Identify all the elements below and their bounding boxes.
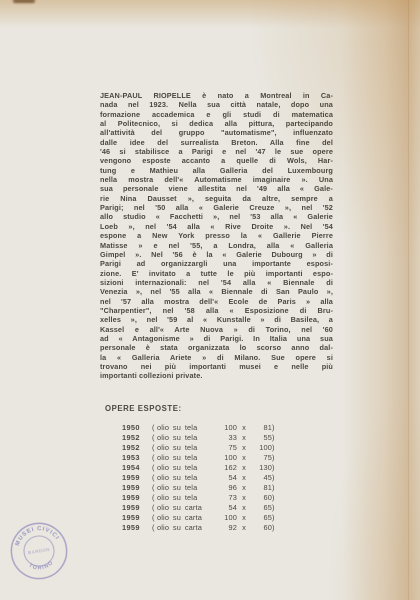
biography-line: dalle idee del surrealista Breton. Alla … [100, 138, 333, 147]
biography-line: Gimpel ». Nel '56 è la « Galerie Dubourg… [100, 250, 333, 259]
work-medium: olio su tela [157, 433, 213, 443]
work-width: 33 [213, 433, 237, 443]
work-width: 96 [213, 483, 237, 493]
biography-line: Matisse » e nel '55, a Londra, alla « Ga… [100, 241, 333, 250]
work-row: 1950 ( olio su tela 100 x 81 ) [100, 423, 333, 433]
work-dimension-separator: x [237, 473, 251, 483]
work-row: 1954 ( olio su tela 162 x 130 ) [100, 463, 333, 473]
biography-line: all'attività del gruppo "automatisme", i… [100, 128, 333, 137]
work-dimension-separator: x [237, 503, 251, 513]
work-row: 1959 ( olio su carta 100 x 65 ) [100, 513, 333, 523]
work-medium: olio su carta [157, 513, 213, 523]
biography-line: JEAN-PAUL RIOPELLE è nato a Montreal in … [100, 91, 333, 100]
stamp-top-text: MUSEI CIVICI [13, 523, 61, 548]
biography-line: ad « Antagonisme » di Parigi. In Italia … [100, 334, 333, 343]
work-width: 100 [213, 453, 237, 463]
work-height: 75 [251, 453, 272, 463]
biography-line: formazione accademica e gli studi di mat… [100, 110, 333, 119]
work-dimension-separator: x [237, 493, 251, 503]
work-width: 100 [213, 513, 237, 523]
work-width: 54 [213, 473, 237, 483]
work-close-paren: ) [272, 513, 275, 523]
work-width: 75 [213, 443, 237, 453]
work-height: 100 [251, 443, 272, 453]
work-medium: olio su tela [157, 463, 213, 473]
text-column: JEAN-PAUL RIOPELLE è nato a Montreal in … [100, 91, 333, 533]
work-medium: olio su tela [157, 443, 213, 453]
work-medium: olio su tela [157, 423, 213, 433]
binding-mark [13, 0, 35, 3]
work-dimension-separator: x [237, 423, 251, 433]
biography-line: '46 si stabilisce a Parigi e nel '47 le … [100, 147, 333, 156]
work-year: 1959 [122, 513, 152, 523]
biography-line: nella mostra dell'« Automatisme imaginai… [100, 175, 333, 184]
biography-line: la « Galleria Ariete » di Milano. Sue op… [100, 353, 333, 362]
work-height: 65 [251, 503, 272, 513]
work-year: 1959 [122, 483, 152, 493]
work-medium: olio su tela [157, 493, 213, 503]
stamp-middle-text: BARDON [28, 547, 51, 555]
work-close-paren: ) [272, 453, 275, 463]
work-height: 81 [251, 483, 272, 493]
work-close-paren: ) [272, 433, 275, 443]
page-shading-bottom-right [330, 400, 420, 600]
stamp-bottom-text: TORINO [27, 559, 56, 574]
work-close-paren: ) [272, 503, 275, 513]
work-dimension-separator: x [237, 483, 251, 493]
works-list: 1950 ( olio su tela 100 x 81 ) 1952 ( ol… [100, 423, 333, 534]
work-height: 55 [251, 433, 272, 443]
biography-line: personale è stata organizzata lo scorso … [100, 343, 333, 352]
work-dimension-separator: x [237, 463, 251, 473]
work-row: 1959 ( olio su tela 73 x 60 ) [100, 493, 333, 503]
svg-text:MUSEI CIVICI: MUSEI CIVICI [13, 523, 61, 548]
work-row: 1952 ( olio su tela 75 x 100 ) [100, 443, 333, 453]
scanned-catalog-page: JEAN-PAUL RIOPELLE è nato a Montreal in … [0, 0, 420, 600]
work-close-paren: ) [272, 493, 275, 503]
work-row: 1959 ( olio su tela 54 x 45 ) [100, 473, 333, 483]
work-dimension-separator: x [237, 513, 251, 523]
biography-line: zione. E' invitato a tutte le più import… [100, 269, 333, 278]
work-height: 60 [251, 523, 272, 533]
work-close-paren: ) [272, 463, 275, 473]
work-dimension-separator: x [237, 443, 251, 453]
biography-line: tung e Mathieu alla Galleria del Luxembo… [100, 166, 333, 175]
biography-line: xelles », nel '59 al « Kunstalle » di Ba… [100, 315, 333, 324]
biography-line: espone a New York presso la « Gallerie P… [100, 231, 333, 240]
work-dimension-separator: x [237, 433, 251, 443]
work-year: 1959 [122, 503, 152, 513]
work-row: 1959 ( olio su carta 92 x 60 ) [100, 523, 333, 533]
work-year: 1952 [122, 433, 152, 443]
biography-line: Parigi; nel '50 alla « Galerie Creuze »,… [100, 203, 333, 212]
work-year: 1954 [122, 463, 152, 473]
work-row: 1953 ( olio su tela 100 x 75 ) [100, 453, 333, 463]
work-width: 73 [213, 493, 237, 503]
work-close-paren: ) [272, 443, 275, 453]
work-medium: olio su tela [157, 483, 213, 493]
work-width: 54 [213, 503, 237, 513]
biography-paragraph: JEAN-PAUL RIOPELLE è nato a Montreal in … [100, 91, 333, 381]
work-height: 81 [251, 423, 272, 433]
work-height: 65 [251, 513, 272, 523]
biography-line: Kassel e all'« Arte Nuova » di Torino, n… [100, 325, 333, 334]
work-close-paren: ) [272, 523, 275, 533]
work-medium: olio su tela [157, 473, 213, 483]
work-close-paren: ) [272, 483, 275, 493]
svg-text:TORINO: TORINO [27, 559, 56, 574]
work-medium: olio su carta [157, 503, 213, 513]
work-medium: olio su tela [157, 453, 213, 463]
work-row: 1952 ( olio su tela 33 x 55 ) [100, 433, 333, 443]
work-row: 1959 ( olio su carta 54 x 65 ) [100, 503, 333, 513]
page-shading-right [342, 0, 420, 600]
page-edge-line [408, 0, 409, 600]
work-height: 130 [251, 463, 272, 473]
biography-line: "Charpentier", nel '58 alla « Esposizion… [100, 306, 333, 315]
work-width: 100 [213, 423, 237, 433]
biography-line: sua personale viene allestita nel '49 al… [100, 184, 333, 193]
biography-line: importanti collezioni private. [100, 371, 333, 380]
work-height: 45 [251, 473, 272, 483]
work-year: 1959 [122, 493, 152, 503]
work-year: 1950 [122, 423, 152, 433]
work-height: 60 [251, 493, 272, 503]
biography-line: al Politecnico, si dedica alla pittura, … [100, 119, 333, 128]
work-dimension-separator: x [237, 453, 251, 463]
stamp-outer-circle [7, 519, 70, 582]
stamp-inner-circle [22, 534, 56, 568]
work-year: 1959 [122, 473, 152, 483]
work-year: 1952 [122, 443, 152, 453]
work-close-paren: ) [272, 473, 275, 483]
work-dimension-separator: x [237, 523, 251, 533]
biography-line: vengono esposte accanto a quelle di Wols… [100, 156, 333, 165]
biography-line: trovano nei più importanti musei e nelle… [100, 362, 333, 371]
biography-line: nel '57 alla mostra dell'« Ecole de Pari… [100, 297, 333, 306]
page-shading-top [0, 0, 420, 28]
biography-line: sizioni internazionali: nel '54 alla « B… [100, 278, 333, 287]
work-medium: olio su carta [157, 523, 213, 533]
work-width: 92 [213, 523, 237, 533]
biography-line: Parigi ad organizzargli una importante e… [100, 259, 333, 268]
biography-line: nada nel 1923. Nella sua città natale, d… [100, 100, 333, 109]
work-year: 1959 [122, 523, 152, 533]
work-row: 1959 ( olio su tela 96 x 81 ) [100, 483, 333, 493]
work-year: 1953 [122, 453, 152, 463]
biography-line: Venezia », nel '55 alla « Biennale di Sa… [100, 287, 333, 296]
library-stamp: MUSEI CIVICI TORINO BARDON [3, 515, 74, 588]
work-close-paren: ) [272, 423, 275, 433]
work-width: 162 [213, 463, 237, 473]
biography-line: allo studio « Facchetti », nel '53 alla … [100, 212, 333, 221]
biography-line: rie Nina Dausset », seguita da altre, se… [100, 194, 333, 203]
biography-line: Loeb », nel '54 alla « Rive Droite ». Ne… [100, 222, 333, 231]
works-heading: OPERE ESPOSTE: [105, 404, 333, 413]
